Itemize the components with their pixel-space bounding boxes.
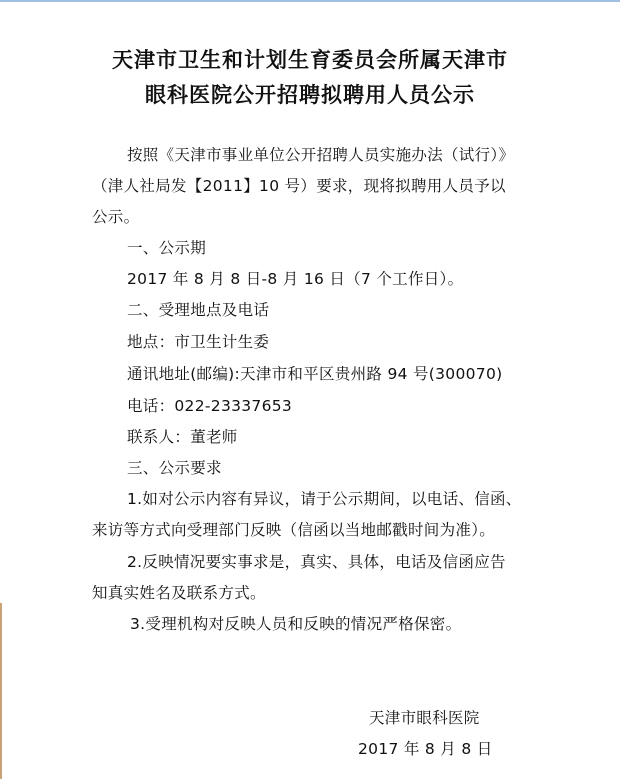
section2-contact: 联系人：董老师 [127, 427, 238, 447]
section2-phone: 电话：022-23337653 [127, 396, 292, 416]
signature-date: 2017 年 8 月 8 日 [358, 739, 493, 759]
section3-item-3: 3.受理机构对反映人员和反映的情况严格保密。 [130, 614, 461, 634]
section2-heading: 二、受理地点及电话 [127, 300, 269, 320]
section3-heading: 三、公示要求 [127, 458, 222, 478]
section2-location: 地点：市卫生计生委 [127, 332, 269, 352]
intro-line-1: 按照《天津市事业单位公开招聘人员实施办法（试行）》 [127, 145, 514, 165]
section1-heading: 一、公示期 [127, 238, 206, 258]
section3-item-2-line-2: 知真实姓名及联系方式。 [92, 583, 266, 603]
intro-line-3: 公示。 [92, 207, 139, 227]
section3-item-2-line-1: 2.反映情况要实事求是，真实、具体，电话及信函应告 [127, 552, 506, 572]
window-top-border [0, 0, 620, 2]
signature-organization: 天津市眼科医院 [369, 708, 480, 728]
page-edge-strip [0, 603, 2, 779]
document-title-line-2: 眼科医院公开招聘拟聘用人员公示 [0, 82, 620, 108]
section1-period: 2017 年 8 月 8 日-8 月 16 日（7 个工作日）。 [127, 269, 463, 289]
intro-line-2: （津人社局发【2011】10 号）要求，现将拟聘用人员予以 [92, 176, 506, 196]
section3-item-1-line-1: 1.如对公示内容有异议，请于公示期间，以电话、信函、 [127, 489, 522, 509]
section3-item-1-line-2: 来访等方式向受理部门反映（信函以当地邮戳时间为准）。 [92, 520, 495, 540]
document-title-line-1: 天津市卫生和计划生育委员会所属天津市 [0, 47, 620, 73]
section2-address: 通讯地址(邮编):天津市和平区贵州路 94 号(300070) [127, 364, 502, 384]
